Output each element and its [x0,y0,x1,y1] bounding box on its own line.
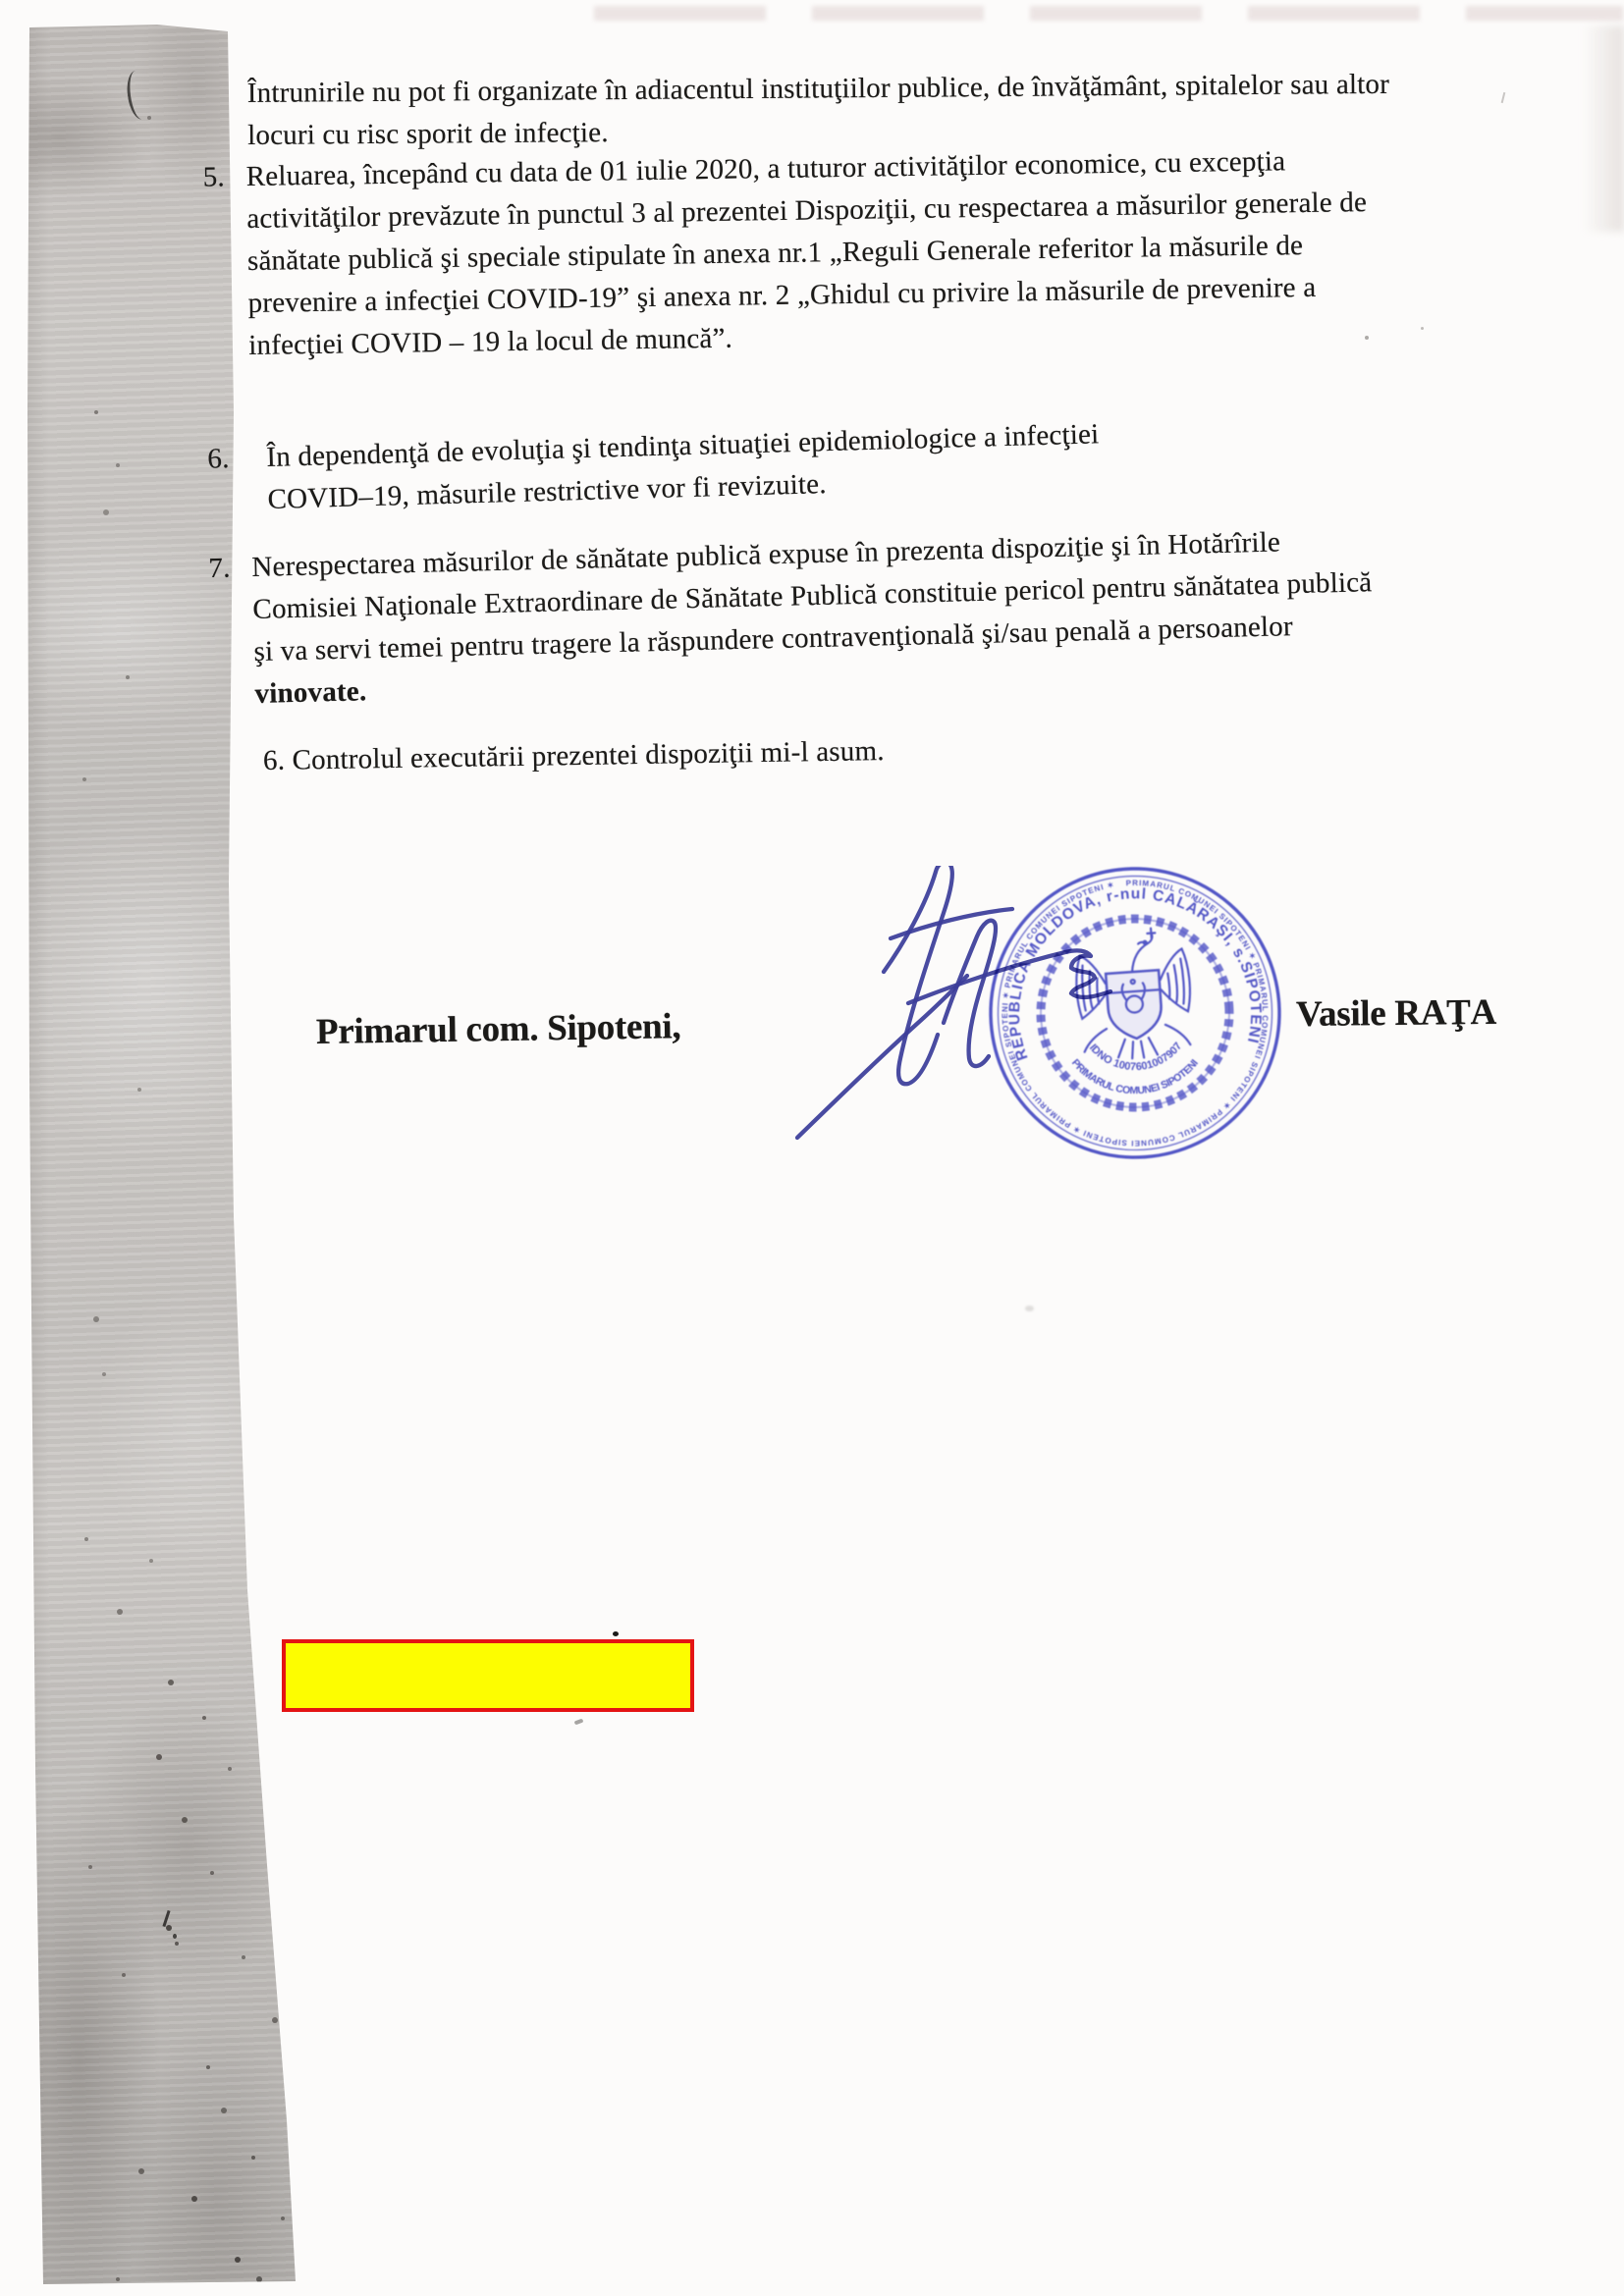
scan-speck [1501,92,1506,103]
scan-corner-smudge [1583,26,1624,232]
item-number: 7. [208,548,231,591]
scan-speck [1421,327,1424,330]
paragraph-control: 6. Controlul executării prezentei dispoz… [263,730,885,782]
redaction-highlight [282,1639,694,1712]
scan-speck [574,1719,584,1726]
scan-top-smudge [594,6,1623,21]
paragraph-item-7: 7. Nerespectarea măsurilor de sănătate p… [251,519,1375,716]
scan-speck [1025,1306,1034,1311]
signer-role-label: Primarul com. Sipoteni, [316,1005,681,1053]
item-number: 6. [207,438,230,481]
signature-stroke [797,976,967,1138]
scan-band-speckles [0,0,4,4]
signer-name: Vasile RAŢA [1296,991,1496,1036]
scan-speck [173,1934,177,1939]
item-number: 5. [202,156,225,198]
scan-speck [613,1631,619,1636]
text-line: 6. Controlul executării prezentei dispoz… [263,730,885,782]
paragraph-item-5: 5. Reluarea, începând cu data de 01 iuli… [245,139,1369,367]
signature-stroke [908,950,1110,1003]
signature-stroke [884,866,952,1084]
signature-ink [781,866,1164,1190]
scanned-document-page: Întrunirile nu pot fi organizate în adia… [0,0,1624,2296]
paragraph-item-6: 6. În dependenţă de evoluţia şi tendinţa… [266,413,1101,521]
text-line: Întrunirile nu pot fi organizate în adia… [247,64,1390,115]
